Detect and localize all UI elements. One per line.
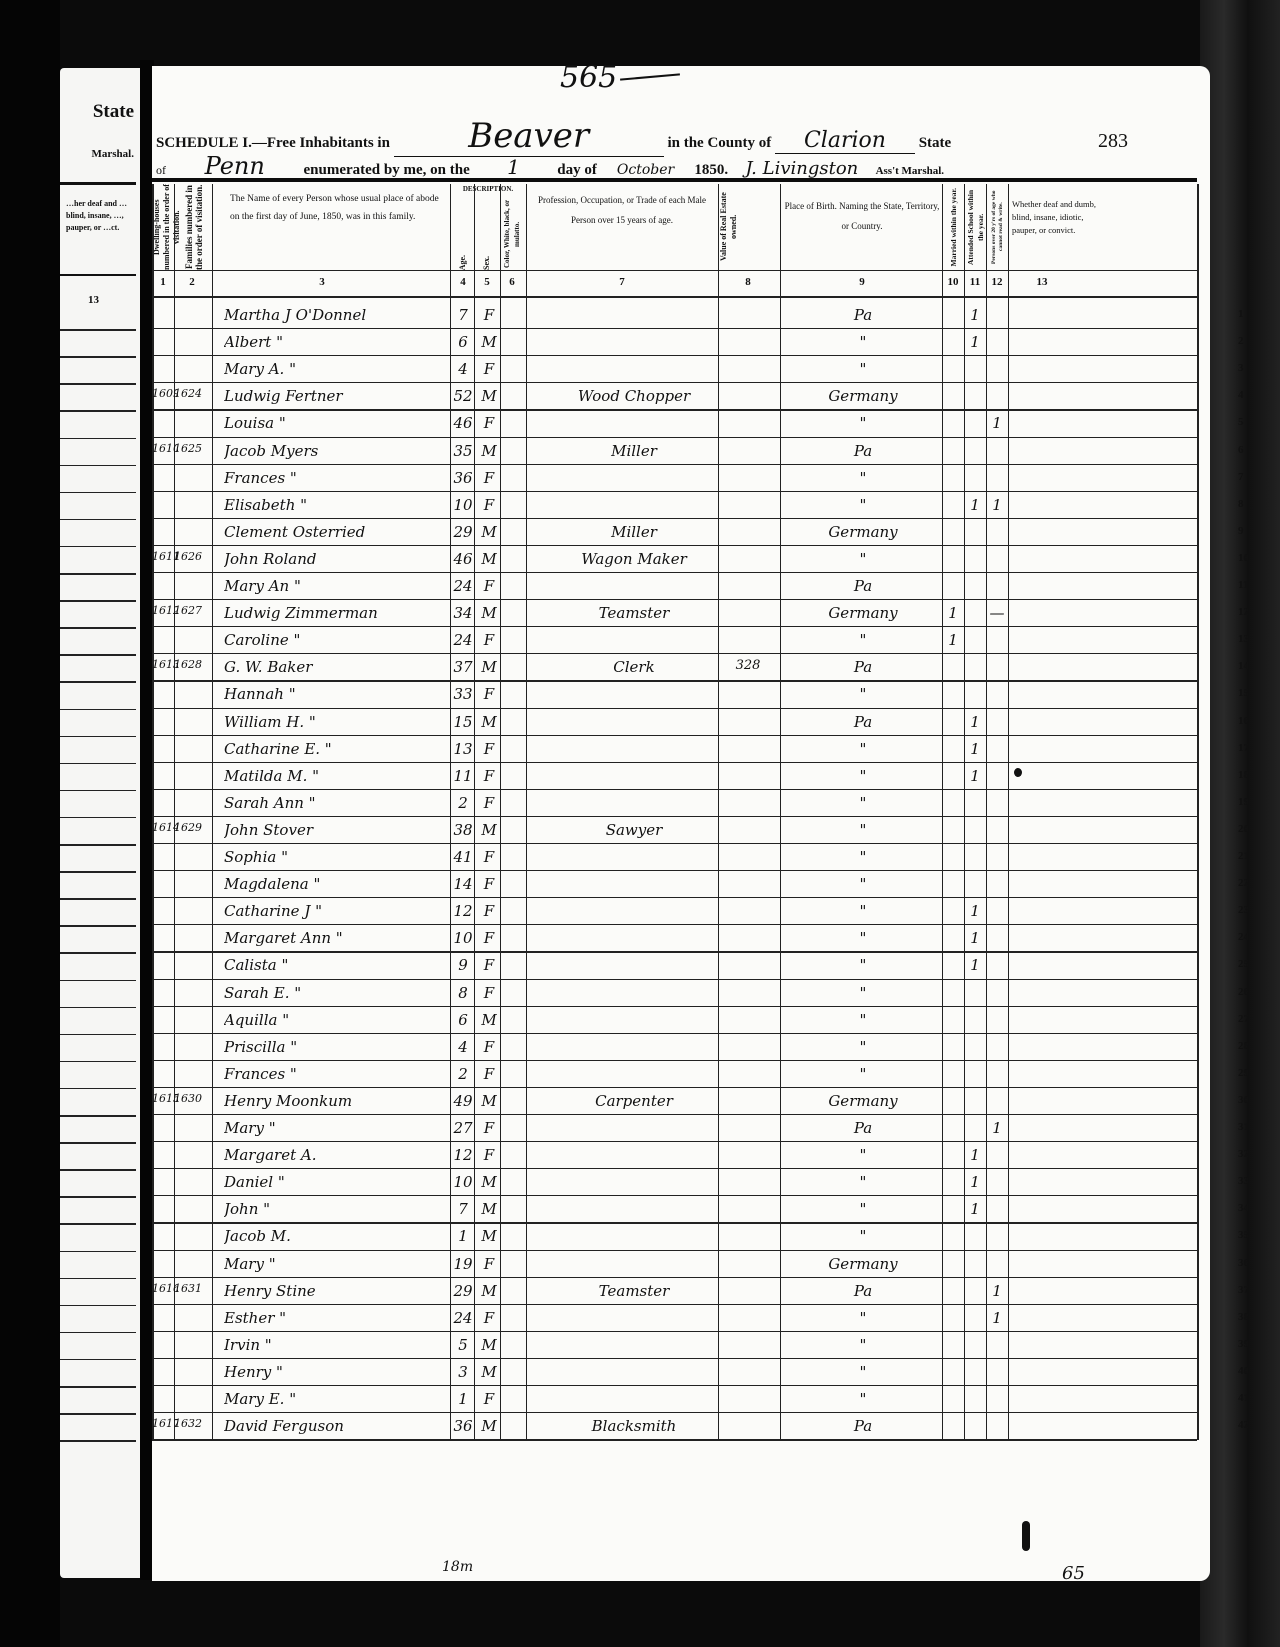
age-cell: 33 <box>452 685 474 707</box>
person-name-cell: Ludwig Zimmerman <box>224 604 460 626</box>
sex-cell: F <box>478 740 500 762</box>
prev-row-rule <box>60 1413 136 1415</box>
sex-cell: M <box>478 1227 500 1249</box>
prev-row-rule <box>60 1278 136 1280</box>
attended-school-cell <box>964 1390 986 1412</box>
real-estate-value-cell <box>718 902 778 924</box>
line-number: 21 <box>1238 850 1249 862</box>
day-of-label: day of <box>557 162 597 178</box>
married-within-year-cell <box>942 1119 964 1141</box>
cannot-read-write-cell <box>986 685 1008 707</box>
attended-school-cell: 1 <box>964 740 986 762</box>
sex-cell: M <box>478 1336 500 1358</box>
person-name-cell: Elisabeth " <box>224 496 460 518</box>
col-header-name: The Name of every Person whose usual pla… <box>230 184 448 276</box>
married-within-year-cell <box>942 875 964 897</box>
prev-row-rule <box>60 1007 136 1009</box>
table-row: William H. "15MPa116 <box>152 709 1262 736</box>
line-number: 25 <box>1238 958 1249 970</box>
table-row: Sarah Ann "2F"19 <box>152 790 1262 817</box>
real-estate-value-cell <box>718 794 778 816</box>
age-cell: 13 <box>452 740 474 762</box>
family-number-cell <box>174 306 210 328</box>
prev-marshal-label: Marshal. <box>92 148 134 160</box>
family-number-cell <box>174 360 210 382</box>
attended-school-cell <box>964 360 986 382</box>
cannot-read-write-cell <box>986 1146 1008 1168</box>
line-number: 28 <box>1238 1040 1249 1052</box>
married-within-year-cell <box>942 496 964 518</box>
table-row: Clement Osterried29MMillerGermany9 <box>152 519 1262 546</box>
real-estate-value-cell <box>718 306 778 328</box>
prev-row-rule <box>60 1169 136 1171</box>
real-estate-value-cell <box>718 523 778 545</box>
person-name-cell: Matilda M. " <box>224 767 460 789</box>
line-number: 4 <box>1238 389 1244 401</box>
corner-note: 65 <box>1062 1563 1085 1584</box>
line-number: 33 <box>1238 1175 1249 1187</box>
married-within-year-cell <box>942 360 964 382</box>
table-row: Irvin "5M"39 <box>152 1332 1262 1359</box>
birthplace-cell: Pa <box>782 658 944 680</box>
person-name-cell: Margaret A. <box>224 1146 460 1168</box>
real-estate-value-cell <box>718 1417 778 1439</box>
occupation-cell <box>552 713 716 735</box>
col-header-birthplace: Place of Birth. Naming the State, Territ… <box>782 184 942 282</box>
table-row: Esther "24F"138 <box>152 1305 1262 1332</box>
ink-blot <box>1022 1521 1030 1551</box>
person-name-cell: Clement Osterried <box>224 523 460 545</box>
person-name-cell: Henry Moonkum <box>224 1092 460 1114</box>
birthplace-cell: " <box>782 333 944 355</box>
person-name-cell: Mary " <box>224 1119 460 1141</box>
line-number: 30 <box>1238 1094 1249 1106</box>
cannot-read-write-cell <box>986 658 1008 680</box>
real-estate-value-cell <box>718 631 778 653</box>
attended-school-cell: 1 <box>964 713 986 735</box>
prev-row-rule <box>60 817 136 819</box>
occupation-cell <box>552 1255 716 1277</box>
line-number: 35 <box>1238 1229 1249 1241</box>
married-within-year-cell <box>942 658 964 680</box>
line-number: 34 <box>1238 1202 1249 1214</box>
married-within-year-cell <box>942 442 964 464</box>
cannot-read-write-cell <box>986 631 1008 653</box>
prev-row-rule <box>60 736 136 738</box>
line-number: 12 <box>1238 606 1249 618</box>
cannot-read-write-cell <box>986 875 1008 897</box>
sex-cell: M <box>478 1282 500 1304</box>
birthplace-cell: Germany <box>782 1092 944 1114</box>
age-cell: 46 <box>452 550 474 572</box>
col-num-11: 11 <box>964 276 986 288</box>
table-row: Aquilla "6M"27 <box>152 1007 1262 1034</box>
real-estate-value-cell <box>718 767 778 789</box>
occupation-cell <box>552 414 716 436</box>
occupation-cell <box>552 306 716 328</box>
real-estate-value-cell <box>718 821 778 843</box>
age-cell: 38 <box>452 821 474 843</box>
table-row: 16091624Ludwig Fertner52MWood ChopperGer… <box>152 383 1262 410</box>
cannot-read-write-cell <box>986 956 1008 978</box>
line-number: 17 <box>1238 742 1249 754</box>
table-row: Louisa "46F"15 <box>152 410 1262 437</box>
occupation-cell <box>552 631 716 653</box>
birthplace-cell: " <box>782 740 944 762</box>
prev-row-rule <box>60 709 136 711</box>
age-cell: 4 <box>452 1038 474 1060</box>
prev-row-rule <box>60 1115 136 1117</box>
occupation-cell: Carpenter <box>552 1092 716 1114</box>
real-estate-value-cell <box>718 1255 778 1277</box>
married-within-year-cell <box>942 984 964 1006</box>
real-estate-value-cell <box>718 740 778 762</box>
prev-row-rule <box>60 438 136 440</box>
table-row: Frances "36F"7 <box>152 465 1262 492</box>
age-cell: 8 <box>452 984 474 1006</box>
birthplace-cell: Germany <box>782 387 944 409</box>
birthplace-cell: " <box>782 1336 944 1358</box>
person-name-cell: Henry " <box>224 1363 460 1385</box>
family-number-cell <box>174 794 210 816</box>
married-within-year-cell <box>942 794 964 816</box>
real-estate-value-cell <box>718 1119 778 1141</box>
real-estate-value-cell <box>718 577 778 599</box>
attended-school-cell <box>964 631 986 653</box>
book-spine-left <box>0 0 60 1647</box>
line-number: 1 <box>1238 308 1244 320</box>
cannot-read-write-cell <box>986 1065 1008 1087</box>
prev-rule <box>60 274 136 276</box>
cannot-read-write-cell <box>986 442 1008 464</box>
prev-row-rule <box>60 519 136 521</box>
line-number: 11 <box>1238 579 1248 591</box>
married-within-year-cell <box>942 1417 964 1439</box>
sex-cell: F <box>478 875 500 897</box>
attended-school-cell: 1 <box>964 902 986 924</box>
prev-row-rule <box>60 790 136 792</box>
person-name-cell: Frances " <box>224 469 460 491</box>
col-num-10: 10 <box>942 276 964 288</box>
table-row: John "7M"134 <box>152 1196 1262 1223</box>
line-number: 20 <box>1238 823 1249 835</box>
sex-cell: F <box>478 1309 500 1331</box>
ink-blot <box>1014 768 1022 777</box>
prev-state-label: State <box>93 101 134 123</box>
birthplace-cell: " <box>782 1309 944 1331</box>
sex-cell: M <box>478 1173 500 1195</box>
real-estate-value-cell <box>718 929 778 951</box>
married-within-year-cell <box>942 1363 964 1385</box>
table-row: 16141629John Stover38MSawyer"20 <box>152 817 1262 844</box>
sex-cell: F <box>478 929 500 951</box>
cannot-read-write-cell: 1 <box>986 1309 1008 1331</box>
married-within-year-cell <box>942 1065 964 1087</box>
age-cell: 12 <box>452 1146 474 1168</box>
table-row: Jacob M.1M"35 <box>152 1223 1262 1250</box>
real-estate-value-cell <box>718 1390 778 1412</box>
birthplace-cell: Pa <box>782 1282 944 1304</box>
cannot-read-write-cell <box>986 306 1008 328</box>
col-num-4: 4 <box>452 276 474 288</box>
birthplace-cell: " <box>782 1038 944 1060</box>
real-estate-value-cell <box>718 984 778 1006</box>
cannot-read-write-cell <box>986 821 1008 843</box>
line-number: 38 <box>1238 1311 1249 1323</box>
person-name-cell: Albert " <box>224 333 460 355</box>
table-row: Elisabeth "10F"118 <box>152 492 1262 519</box>
line-number: 36 <box>1238 1257 1249 1269</box>
person-name-cell: Hannah " <box>224 685 460 707</box>
prev-row-rule <box>60 1088 136 1090</box>
census-sheet: 565 SCHEDULE I.—Free Inhabitants in Beav… <box>152 66 1210 1581</box>
married-within-year-cell <box>942 1146 964 1168</box>
cannot-read-write-cell <box>986 740 1008 762</box>
person-name-cell: David Ferguson <box>224 1417 460 1439</box>
real-estate-value-cell <box>718 685 778 707</box>
sex-cell: M <box>478 1011 500 1033</box>
married-within-year-cell <box>942 414 964 436</box>
person-name-cell: John Stover <box>224 821 460 843</box>
birthplace-cell: " <box>782 1390 944 1412</box>
person-name-cell: G. W. Baker <box>224 658 460 680</box>
table-row: Martha J O'Donnel7FPa11 <box>152 302 1262 329</box>
line-number: 41 <box>1238 1392 1249 1404</box>
sex-cell: M <box>478 1092 500 1114</box>
birthplace-cell: " <box>782 875 944 897</box>
cannot-read-write-cell <box>986 1390 1008 1412</box>
age-cell: 24 <box>452 1309 474 1331</box>
table-row: Margaret Ann "10F"124 <box>152 925 1262 952</box>
cannot-read-write-cell <box>986 1255 1008 1277</box>
state-value: Penn <box>170 152 300 181</box>
cannot-read-write-cell <box>986 1417 1008 1439</box>
age-cell: 24 <box>452 577 474 599</box>
cannot-read-write-cell <box>986 1173 1008 1195</box>
person-name-cell: Irvin " <box>224 1336 460 1358</box>
real-estate-value-cell <box>718 604 778 626</box>
birthplace-cell: Pa <box>782 1119 944 1141</box>
attended-school-cell <box>964 550 986 572</box>
family-number-cell <box>174 685 210 707</box>
attended-school-cell <box>964 604 986 626</box>
attended-school-cell <box>964 794 986 816</box>
birthplace-cell: " <box>782 1173 944 1195</box>
table-row: 16121627Ludwig Zimmerman34MTeamsterGerma… <box>152 600 1262 627</box>
real-estate-value-cell <box>718 1092 778 1114</box>
person-name-cell: Mary E. " <box>224 1390 460 1412</box>
real-estate-value-cell <box>718 414 778 436</box>
prev-row-rule <box>60 763 136 765</box>
attended-school-cell <box>964 685 986 707</box>
table-row: 16111626John Roland46MWagon Maker"10 <box>152 546 1262 573</box>
col-num-8: 8 <box>718 276 778 288</box>
real-estate-value-cell <box>718 1146 778 1168</box>
family-number-cell <box>174 1173 210 1195</box>
age-cell: 29 <box>452 1282 474 1304</box>
line-number: 23 <box>1238 904 1249 916</box>
table-row: Magdalena "14F"22 <box>152 871 1262 898</box>
sex-cell: F <box>478 360 500 382</box>
col-num-9: 9 <box>842 276 882 288</box>
age-cell: 9 <box>452 956 474 978</box>
col-header-school: Attended School within the year. <box>966 184 986 270</box>
birthplace-cell: " <box>782 1065 944 1087</box>
prev-row-rule <box>60 546 136 548</box>
col-num-2: 2 <box>174 276 210 288</box>
person-name-cell: Ludwig Fertner <box>224 387 460 409</box>
person-name-cell: Jacob M. <box>224 1227 460 1249</box>
prev-row-rule <box>60 1386 136 1388</box>
cannot-read-write-cell <box>986 848 1008 870</box>
birthplace-cell: Pa <box>782 713 944 735</box>
occupation-cell: Miller <box>552 523 716 545</box>
family-number-cell: 1624 <box>174 387 210 409</box>
occupation-cell <box>552 929 716 951</box>
occupation-cell <box>552 767 716 789</box>
occupation-cell <box>552 956 716 978</box>
cannot-read-write-cell <box>986 360 1008 382</box>
attended-school-cell: 1 <box>964 767 986 789</box>
person-name-cell: Daniel " <box>224 1173 460 1195</box>
occupation-cell <box>552 1390 716 1412</box>
family-number-cell <box>174 577 210 599</box>
cannot-read-write-cell <box>986 902 1008 924</box>
prev-row-rule <box>60 600 136 602</box>
col-num-1: 1 <box>152 276 174 288</box>
line-number: 42 <box>1238 1419 1249 1431</box>
sex-cell: M <box>478 604 500 626</box>
sex-cell: F <box>478 685 500 707</box>
attended-school-cell <box>964 1119 986 1141</box>
attended-school-cell <box>964 387 986 409</box>
person-name-cell: John " <box>224 1200 460 1222</box>
sex-cell: F <box>478 414 500 436</box>
sex-cell: F <box>478 1038 500 1060</box>
person-name-cell: Sarah E. " <box>224 984 460 1006</box>
attended-school-cell <box>964 875 986 897</box>
birthplace-cell: Pa <box>782 306 944 328</box>
sex-cell: F <box>478 1255 500 1277</box>
table-row: Sophia "41F"21 <box>152 844 1262 871</box>
attended-school-cell: 1 <box>964 1146 986 1168</box>
table-row: Albert "6M"12 <box>152 329 1262 356</box>
cannot-read-write-cell <box>986 1011 1008 1033</box>
birthplace-cell: " <box>782 956 944 978</box>
occupation-cell <box>552 685 716 707</box>
sex-cell: F <box>478 306 500 328</box>
occupation-cell <box>552 496 716 518</box>
occupation-cell: Teamster <box>552 1282 716 1304</box>
birthplace-cell: " <box>782 550 944 572</box>
birthplace-cell: Pa <box>782 442 944 464</box>
person-name-cell: Margaret Ann " <box>224 929 460 951</box>
occupation-cell <box>552 360 716 382</box>
married-within-year-cell <box>942 821 964 843</box>
sex-cell: F <box>478 794 500 816</box>
table-row: Sarah E. "8F"26 <box>152 980 1262 1007</box>
line-number: 8 <box>1238 498 1244 510</box>
col-num-12: 12 <box>986 276 1008 288</box>
prev-row-rule <box>60 898 136 900</box>
birthplace-cell: " <box>782 360 944 382</box>
cannot-read-write-cell <box>986 929 1008 951</box>
family-number-cell <box>174 740 210 762</box>
line-number: 16 <box>1238 715 1249 727</box>
occupation-cell <box>552 902 716 924</box>
real-estate-value-cell: 328 <box>718 658 778 680</box>
age-cell: 35 <box>452 442 474 464</box>
age-cell: 1 <box>452 1227 474 1249</box>
line-number: 18 <box>1238 769 1249 781</box>
person-name-cell: Mary " <box>224 1255 460 1277</box>
cannot-read-write-cell <box>986 577 1008 599</box>
family-number-cell <box>174 929 210 951</box>
attended-school-cell <box>964 1336 986 1358</box>
cannot-read-write-cell <box>986 387 1008 409</box>
prev-row-rule <box>60 654 136 656</box>
married-within-year-cell <box>942 902 964 924</box>
line-number: 40 <box>1238 1365 1249 1377</box>
prev-row-rule <box>60 356 136 358</box>
col-header-occupation: Profession, Occupation, or Trade of each… <box>532 184 712 276</box>
prev-row-rule <box>60 410 136 412</box>
line-number: 31 <box>1238 1121 1249 1133</box>
prev-row-rule <box>60 1142 136 1144</box>
family-number-cell <box>174 1227 210 1249</box>
month-value: October <box>601 162 691 179</box>
attended-school-cell <box>964 577 986 599</box>
birthplace-cell: " <box>782 1227 944 1249</box>
cannot-read-write-cell <box>986 1227 1008 1249</box>
cannot-read-write-cell <box>986 1336 1008 1358</box>
attended-school-cell: 1 <box>964 1173 986 1195</box>
married-within-year-cell <box>942 1173 964 1195</box>
line-number: 10 <box>1238 552 1249 564</box>
line-number: 2 <box>1238 335 1244 347</box>
birthplace-cell: " <box>782 929 944 951</box>
family-number-cell: 1628 <box>174 658 210 680</box>
attended-school-cell <box>964 1417 986 1439</box>
sex-cell: M <box>478 523 500 545</box>
attended-school-cell <box>964 848 986 870</box>
age-cell: 10 <box>452 1173 474 1195</box>
married-within-year-cell <box>942 740 964 762</box>
table-row: Mary E. "1F"41 <box>152 1386 1262 1413</box>
age-cell: 6 <box>452 1011 474 1033</box>
prev-row-rule <box>60 383 136 385</box>
attended-school-cell <box>964 1092 986 1114</box>
line-number: 29 <box>1238 1067 1249 1079</box>
birthplace-cell: Pa <box>782 1417 944 1439</box>
cannot-read-write-cell <box>986 794 1008 816</box>
person-name-cell: Calista " <box>224 956 460 978</box>
married-within-year-cell: 1 <box>942 631 964 653</box>
table-row: Catharine J "12F"123 <box>152 898 1262 925</box>
person-name-cell: Sophia " <box>224 848 460 870</box>
grid-hline <box>152 296 1197 298</box>
person-name-cell: Esther " <box>224 1309 460 1331</box>
age-cell: 6 <box>452 333 474 355</box>
real-estate-value-cell <box>718 1363 778 1385</box>
age-cell: 7 <box>452 306 474 328</box>
table-row: 16131628G. W. Baker37MClerk328Pa14 <box>152 654 1262 681</box>
occupation-cell: Teamster <box>552 604 716 626</box>
prev-row-rule <box>60 492 136 494</box>
sex-cell: M <box>478 333 500 355</box>
table-row: Calista "9F"125 <box>152 952 1262 979</box>
person-name-cell: Martha J O'Donnel <box>224 306 460 328</box>
